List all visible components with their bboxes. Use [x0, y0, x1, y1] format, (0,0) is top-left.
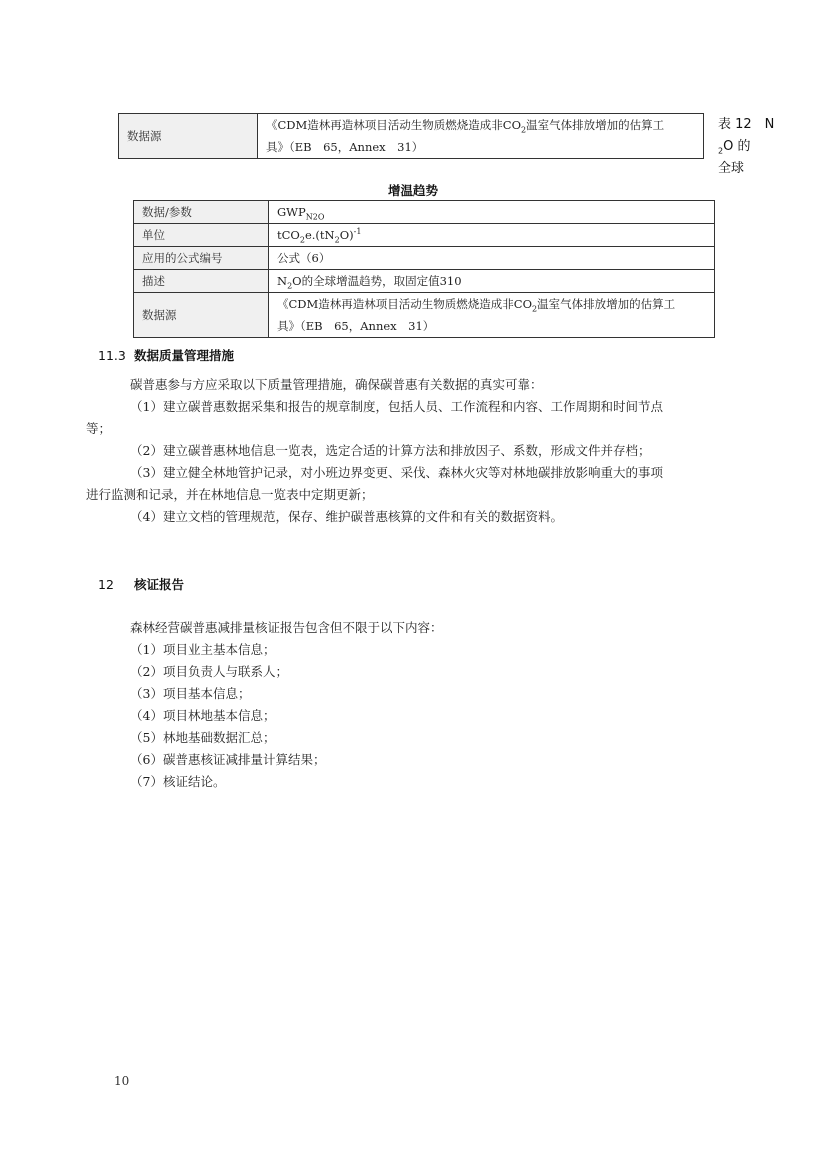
section-number: 12: [98, 577, 134, 592]
row-label: 数据源: [127, 129, 162, 143]
data-source-text: 《CDM造林再造林项目活动生物质燃烧造成非CO2温室气体排放增加的估算工 具》（…: [266, 114, 695, 158]
list-item: （5）林地基础数据汇总；: [130, 727, 730, 749]
section-12-body: 森林经营碳普惠减排量核证报告包含但不限于以下内容： （1）项目业主基本信息； （…: [130, 617, 730, 793]
table-row: 数据/参数 GWPN2O: [134, 201, 715, 224]
page-number: 10: [114, 1074, 129, 1088]
table-value-cell: tCO2e.(tN2O)-1: [269, 224, 715, 247]
side-caption-line: 全球: [718, 158, 774, 180]
section-title: 数据质量管理措施: [134, 348, 234, 363]
section-heading-12: 12核证报告: [98, 575, 184, 593]
table-value-cell: 《CDM造林再造林项目活动生物质燃烧造成非CO2温室气体排放增加的估算工 具》（…: [269, 293, 715, 338]
paragraph: 森林经营碳普惠减排量核证报告包含但不限于以下内容：: [130, 617, 730, 639]
list-item-continuation: 进行监测和记录，并在林地信息一览表中定期更新；: [86, 484, 738, 506]
table-value-cell: 《CDM造林再造林项目活动生物质燃烧造成非CO2温室气体排放增加的估算工 具》（…: [258, 114, 704, 159]
list-item: （3）项目基本信息；: [130, 683, 730, 705]
list-item: （4）项目林地基本信息；: [130, 705, 730, 727]
table-value-cell: N2O的全球增温趋势，取固定值310: [269, 270, 715, 293]
side-caption: 表 12 N 2O 的 全球: [718, 114, 774, 180]
table-row: 数据源 《CDM造林再造林项目活动生物质燃烧造成非CO2温室气体排放增加的估算工…: [119, 114, 704, 159]
table-label-cell: 数据/参数: [134, 201, 269, 224]
side-caption-line: 2O 的: [718, 136, 774, 158]
list-item: （1）建立碳普惠数据采集和报告的规章制度，包括人员、工作流程和内容、工作周期和时…: [98, 396, 738, 418]
table-row: 描述 N2O的全球增温趋势，取固定值310: [134, 270, 715, 293]
list-item: （3）建立健全林地管护记录，对小班边界变更、采伐、森林火灾等对林地碳排放影响重大…: [98, 462, 738, 484]
table-label-cell: 数据源: [119, 114, 258, 159]
section-number: 11.3: [98, 348, 134, 363]
list-item: （7）核证结论。: [130, 771, 730, 793]
list-item: （4）建立文档的管理规范，保存、维护碳普惠核算的文件和有关的数据资料。: [98, 506, 738, 528]
table-title: 增温趋势: [0, 181, 826, 199]
table-value-cell: 公式（6）: [269, 247, 715, 270]
side-caption-line: 表 12 N: [718, 114, 774, 136]
section-heading-11-3: 11.3数据质量管理措施: [98, 346, 234, 364]
table-label-cell: 应用的公式编号: [134, 247, 269, 270]
list-item: （1）项目业主基本信息；: [130, 639, 730, 661]
table-row: 应用的公式编号 公式（6）: [134, 247, 715, 270]
table-label-cell: 描述: [134, 270, 269, 293]
table-row: 单位 tCO2e.(tN2O)-1: [134, 224, 715, 247]
list-item: （2）项目负责人与联系人；: [130, 661, 730, 683]
table-row: 数据源 《CDM造林再造林项目活动生物质燃烧造成非CO2温室气体排放增加的估算工…: [134, 293, 715, 338]
paragraph: 碳普惠参与方应采取以下质量管理措施，确保碳普惠有关数据的真实可靠：: [98, 374, 738, 396]
table-label-cell: 数据源: [134, 293, 269, 338]
list-item-continuation: 等；: [86, 418, 738, 440]
list-item: （6）碳普惠核证减排量计算结果；: [130, 749, 730, 771]
section-title: 核证报告: [134, 577, 184, 592]
table-label-cell: 单位: [134, 224, 269, 247]
table-value-cell: GWPN2O: [269, 201, 715, 224]
section-11-3-body: 碳普惠参与方应采取以下质量管理措施，确保碳普惠有关数据的真实可靠： （1）建立碳…: [98, 374, 738, 528]
data-source-text: 《CDM造林再造林项目活动生物质燃烧造成非CO2温室气体排放增加的估算工 具》（…: [277, 293, 706, 337]
top-data-table: 数据源 《CDM造林再造林项目活动生物质燃烧造成非CO2温室气体排放增加的估算工…: [118, 113, 704, 159]
gwp-data-table: 数据/参数 GWPN2O 单位 tCO2e.(tN2O)-1 应用的公式编号 公…: [133, 200, 715, 338]
list-item: （2）建立碳普惠林地信息一览表，选定合适的计算方法和排放因子、系数，形成文件并存…: [98, 440, 738, 462]
